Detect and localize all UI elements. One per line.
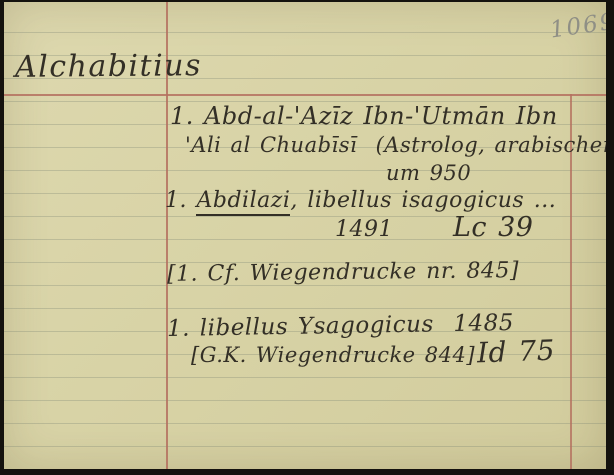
entry2-prefix: 1.: [165, 188, 196, 213]
entry3-note: [1. Cf. Wiegendrucke nr. 845]: [167, 259, 519, 287]
folio-number: 1069: [549, 9, 606, 43]
entry2-line1: 1. Abdilazi, libellus isagogicus ...: [165, 189, 556, 213]
entry2-year: 1491: [335, 218, 393, 242]
entry4-reference: [G.K. Wiegendrucke 844]: [191, 344, 475, 367]
entry1-line2: 'Ali al Chuabīsī (Astrolog, arabischer): [185, 134, 606, 157]
entry1-date: um 950: [386, 162, 471, 185]
red-head-line: [4, 94, 606, 96]
entry1-line1: 1. Abd-al-'Azīz Ibn-'Utmān Ibn: [170, 103, 558, 129]
entry2-title: Abdilazi: [196, 188, 290, 216]
card-heading: Alchabitius: [15, 49, 202, 84]
entry2-shelfmark: Lc 39: [453, 213, 534, 243]
entry2-rest: , libellus isagogicus ...: [290, 188, 556, 213]
catalog-card: Alchabitius 1069 1. Abd-al-'Azīz Ibn-'Ut…: [4, 2, 606, 469]
entry4-line1: 1. libellus Ysagogicus 1485: [167, 311, 514, 342]
entry4-shelfmark: Id 75: [476, 336, 555, 370]
